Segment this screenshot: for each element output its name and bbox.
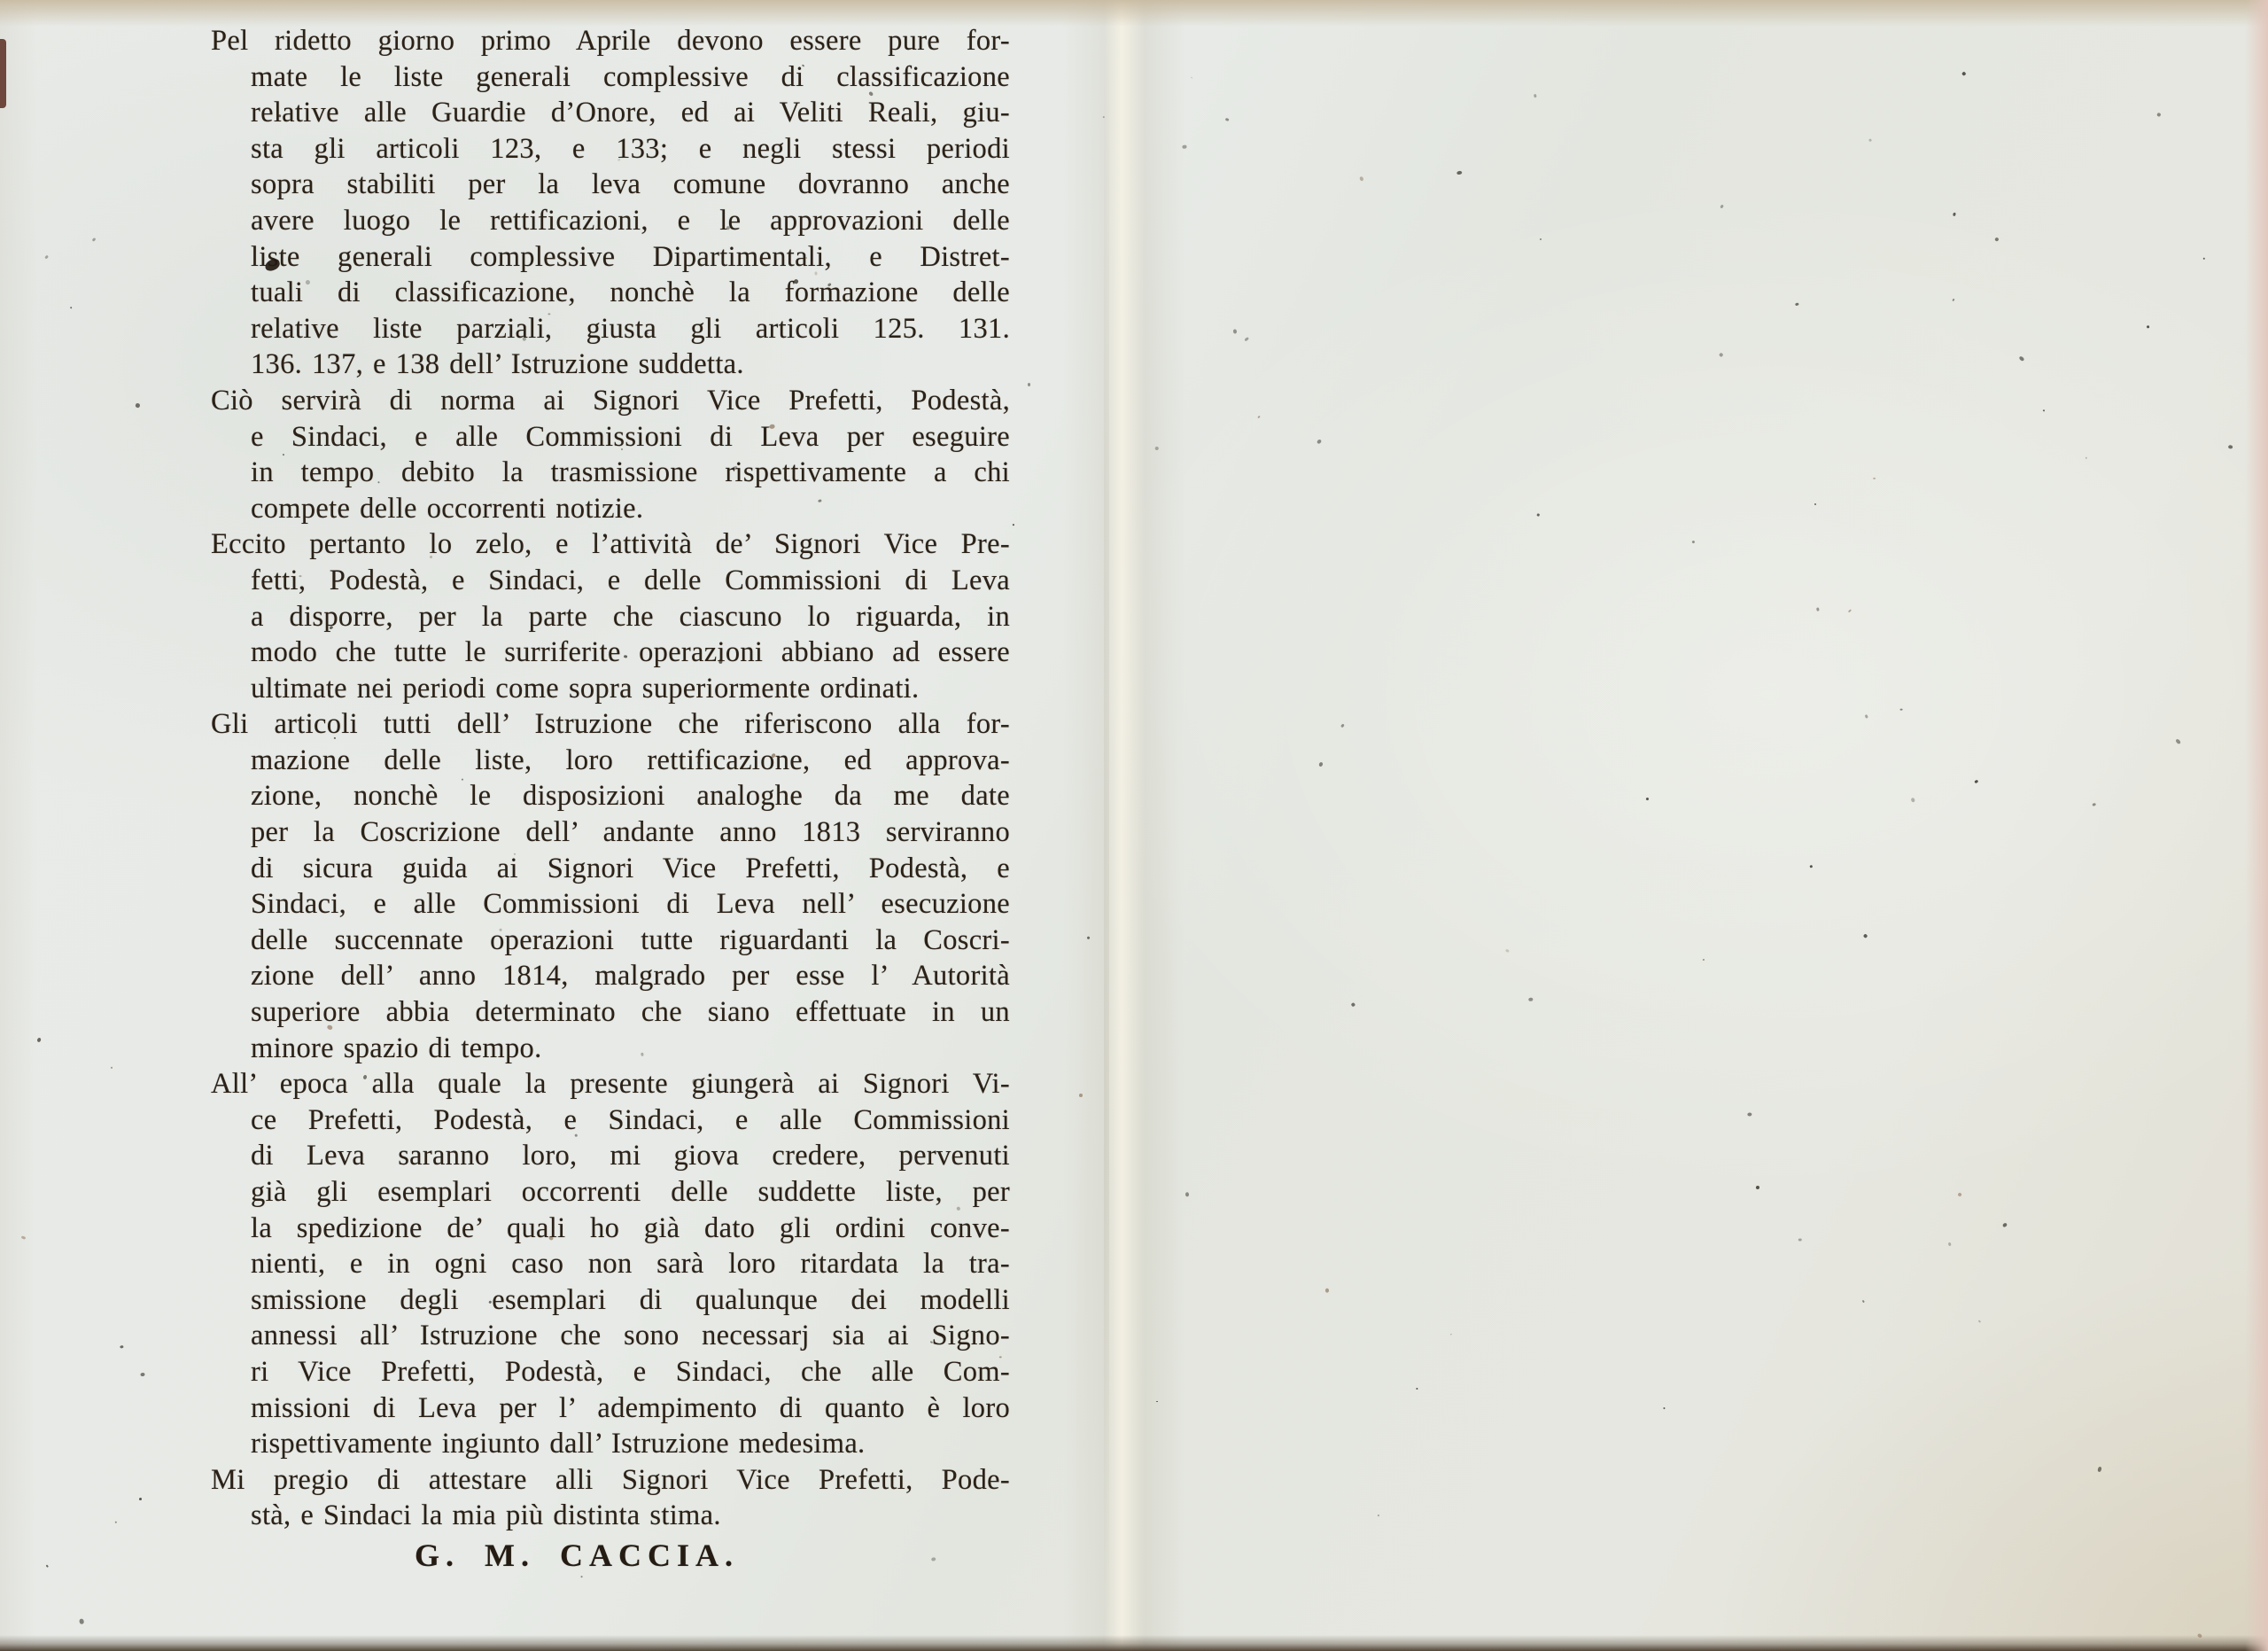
paper-speck (1528, 998, 1533, 1001)
paper-speck (36, 1037, 42, 1043)
text-line: annessi all’ Istruzione che sono necessa… (211, 1318, 1010, 1354)
paper-speck (21, 1235, 26, 1240)
text-line: relative liste parziali, giusta gli arti… (211, 311, 1010, 347)
paper-speck (1449, 1333, 1451, 1335)
paper-speck (1012, 524, 1014, 526)
paper-speck (718, 658, 722, 663)
paper-speck (46, 1565, 50, 1569)
paper-speck (1816, 607, 1820, 611)
text-line: zione dell’ anno 1814, malgrado per esse… (211, 958, 1010, 994)
paper-speck (136, 403, 141, 409)
paper-speck (931, 1557, 936, 1561)
text-line: liste generali complessive Dipartimental… (211, 239, 1010, 276)
paper-speck (1662, 1406, 1665, 1409)
text-line: tuali di classificazione, nonchè la form… (211, 275, 1010, 311)
text-line: minore spazio di tempo. (211, 1031, 1010, 1067)
text-line: mazione delle liste, loro rettificazione… (211, 743, 1010, 779)
right-page-blank (1187, 0, 2268, 1651)
text-line: ri Vice Prefetti, Podestà, e Sindaci, ch… (211, 1354, 1010, 1390)
text-line: Sindaci, e alle Commissioni di Leva nell… (211, 886, 1010, 923)
document-photo: Pel ridetto giorno primo Aprile devono e… (0, 0, 2268, 1651)
paper-speck (1540, 238, 1542, 240)
paper-speck (1156, 1401, 1158, 1402)
paper-speck (1645, 798, 1648, 800)
text-line: zione, nonchè le disposizioni analoghe d… (211, 778, 1010, 814)
text-line: missioni di Leva per l’ adempimento di q… (211, 1390, 1010, 1427)
paper-speck (80, 1618, 85, 1624)
text-line: mate le liste generali complessive di cl… (211, 59, 1010, 96)
paper-speck (44, 254, 49, 259)
text-line: ce Prefetti, Podestà, e Sindaci, e alle … (211, 1102, 1010, 1139)
paper-speck (1703, 959, 1705, 961)
text-line: di Leva saranno loro, mi giova credere, … (211, 1138, 1010, 1174)
text-block: Pel ridetto giorno primo Aprile devono e… (211, 23, 1010, 1534)
paper-speck (1086, 936, 1090, 939)
paper-speck (91, 238, 96, 242)
text-line: e Sindaci, e alle Commissioni di Leva pe… (211, 419, 1010, 456)
paper-speck (1154, 446, 1159, 450)
paper-speck (1533, 94, 1536, 98)
text-line: modo che tutte le surriferite operazioni… (211, 635, 1010, 671)
paper-speck (1900, 709, 1903, 711)
paper-speck (1225, 118, 1229, 121)
text-line: All’ epoca alla quale la presente giunge… (211, 1066, 1010, 1102)
text-line: delle succennate operazioni tutte riguar… (211, 923, 1010, 959)
center-fold (1104, 0, 1109, 1651)
text-line: già gli esemplari occorrenti delle sudde… (211, 1174, 1010, 1211)
text-line: avere luogo le rettificazioni, e le appr… (211, 203, 1010, 239)
text-line: fetti, Podestà, e Sindaci, e delle Commi… (211, 563, 1010, 599)
paper-edge-notch (0, 39, 6, 108)
paper-speck (624, 655, 627, 658)
paper-speck (2042, 409, 2045, 411)
text-line: in tempo debito la trasmissione rispetti… (211, 455, 1010, 491)
text-line: sta gli articoli 123, e 133; e negli ste… (211, 131, 1010, 167)
text-line: rispettivamente ingiunto dall’ Istruzion… (211, 1426, 1010, 1462)
paper-speck (581, 1576, 583, 1577)
paper-speck (120, 1345, 124, 1349)
paper-speck (115, 1522, 117, 1524)
paper-speck (563, 77, 568, 81)
paper-speck (1798, 1238, 1802, 1242)
paper-speck (111, 1066, 113, 1069)
text-line: la spedizione de’ quali ho già dato gli … (211, 1211, 1010, 1247)
text-line: relative alle Guardie d’Onore, ed ai Vel… (211, 95, 1010, 131)
text-line: Gli articoli tutti dell’ Istruzione che … (211, 706, 1010, 743)
text-line: stà, e Sindaci la mia più distinta stima… (211, 1498, 1010, 1534)
paper-speck (2156, 112, 2161, 116)
paper-speck (514, 853, 516, 854)
text-line: di sicura guida ai Signori Vice Prefetti… (211, 851, 1010, 887)
text-line: 136. 137, e 138 dell’ Istruzione suddett… (211, 347, 1010, 383)
text-line: Mi pregio di attestare alli Signori Vice… (211, 1462, 1010, 1499)
paper-speck (1103, 116, 1105, 118)
text-line: compete delle occorrenti notizie. (211, 491, 1010, 527)
text-line: sopra stabiliti per la leva comune dovra… (211, 167, 1010, 203)
text-line: smissione degli esemplari di qualunque d… (211, 1282, 1010, 1319)
paper-speck (278, 114, 282, 117)
text-line: per la Coscrizione dell’ andante anno 18… (211, 814, 1010, 851)
text-line: ultimate nei periodi come sopra superior… (211, 671, 1010, 707)
signature: G. M. CACCIA. (415, 1537, 739, 1574)
paper-speck (70, 307, 73, 309)
text-line: Eccito pertanto lo zelo, e l’attività de… (211, 526, 1010, 563)
text-line: nienti, e in ogni caso non sarà loro rit… (211, 1246, 1010, 1282)
paper-speck (1028, 383, 1030, 386)
paper-speck (139, 1498, 143, 1500)
paper-speck (1953, 213, 1956, 216)
text-line: Pel ridetto giorno primo Aprile devono e… (211, 23, 1010, 59)
paper-speck (282, 454, 283, 456)
paper-speck (1078, 1094, 1082, 1097)
paper-speck (645, 332, 649, 334)
paper-speck (1233, 329, 1238, 333)
paper-speck (141, 1373, 145, 1376)
text-line: Ciò servirà di norma ai Signori Vice Pre… (211, 383, 1010, 419)
